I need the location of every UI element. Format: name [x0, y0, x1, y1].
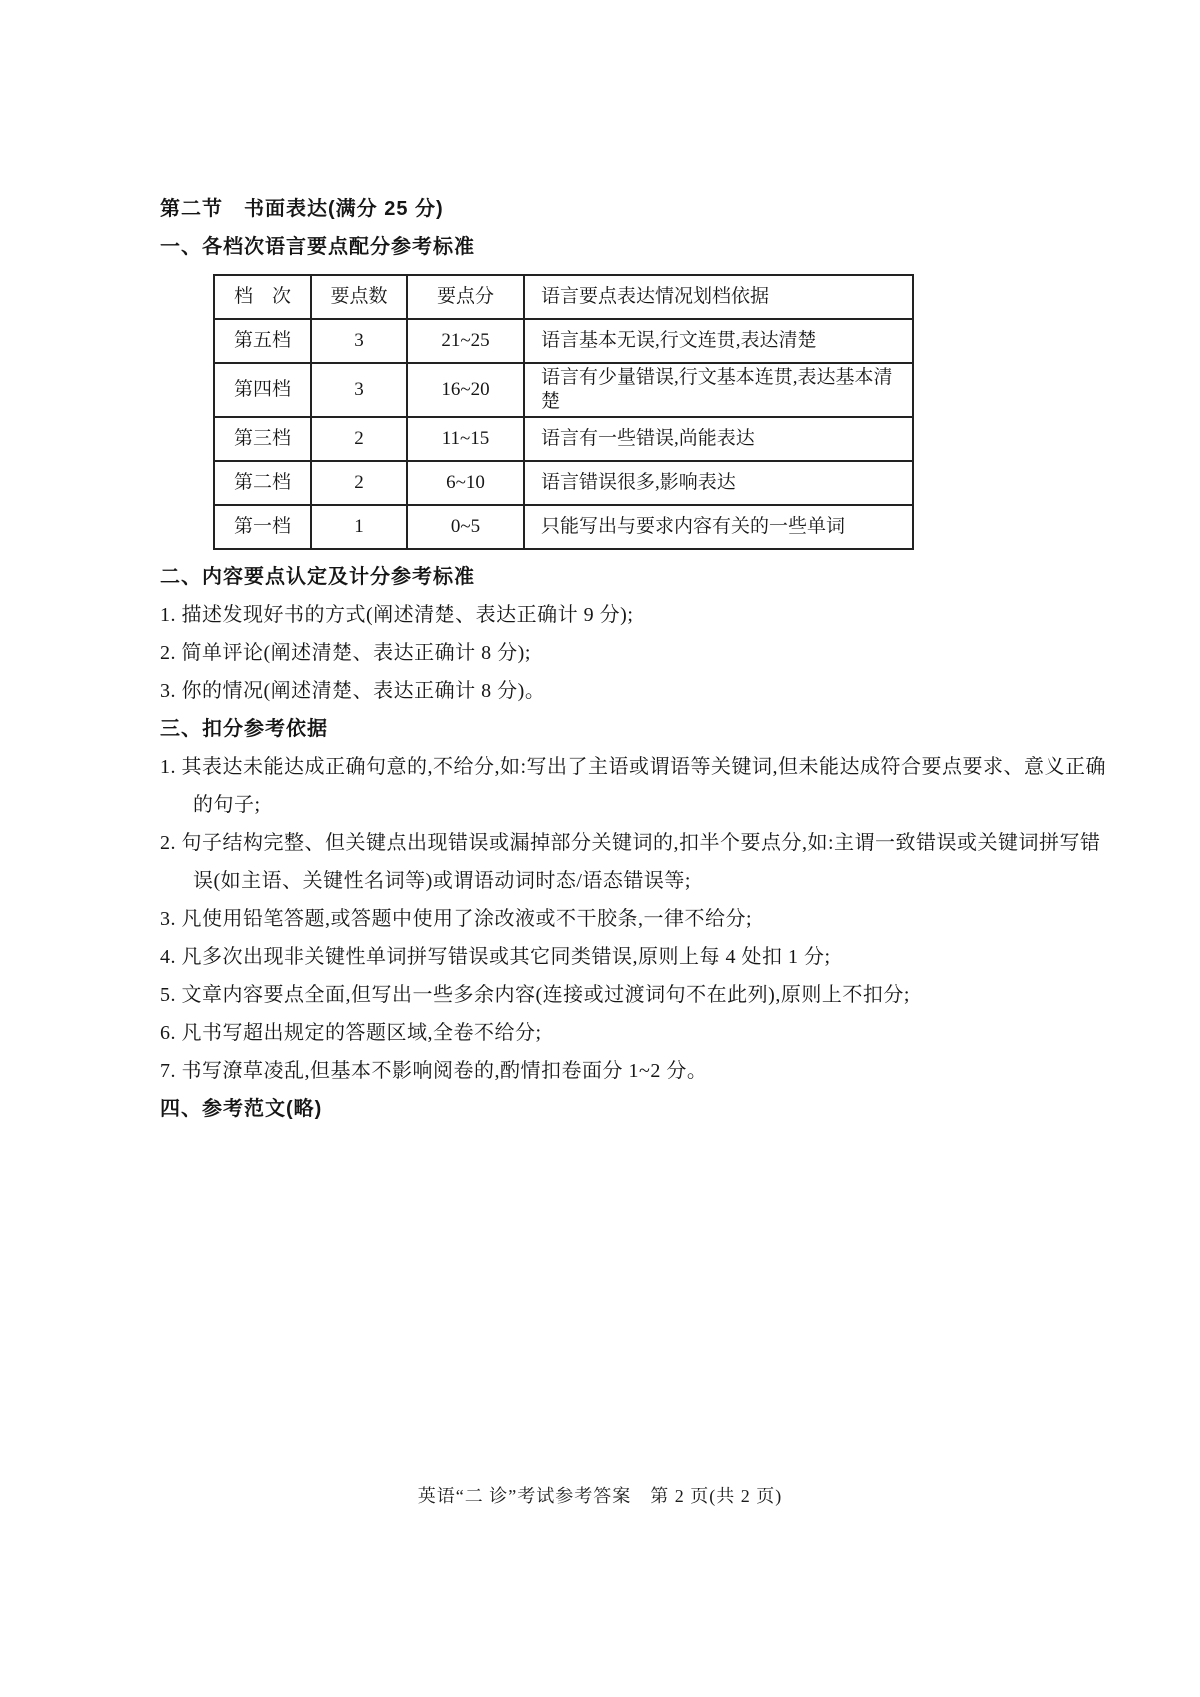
part3-item: 4. 凡多次出现非关键性单词拼写错误或其它同类错误,原则上每 4 处扣 1 分; — [160, 938, 1110, 976]
cell-points-score: 0~5 — [407, 505, 524, 549]
document-page: 第二节 书面表达(满分 25 分) 一、各档次语言要点配分参考标准 档 次 要点… — [0, 0, 1200, 1697]
cell-level: 第二档 — [214, 461, 311, 505]
header-cell-points-count: 要点数 — [311, 275, 407, 319]
cell-level: 第四档 — [214, 363, 311, 417]
part2-item: 1. 描述发现好书的方式(阐述清楚、表达正确计 9 分); — [160, 596, 1110, 634]
table-row: 第四档 3 16~20 语言有少量错误,行文基本连贯,表达基本清楚 — [214, 363, 913, 417]
cell-points-score: 11~15 — [407, 417, 524, 461]
cell-points-score: 16~20 — [407, 363, 524, 417]
table-row: 第二档 2 6~10 语言错误很多,影响表达 — [214, 461, 913, 505]
part3-item: 6. 凡书写超出规定的答题区域,全卷不给分; — [160, 1014, 1110, 1052]
part3-item: 7. 书写潦草凌乱,但基本不影响阅卷的,酌情扣卷面分 1~2 分。 — [160, 1052, 1110, 1090]
cell-criteria: 只能写出与要求内容有关的一些单词 — [524, 505, 913, 549]
header-cell-criteria: 语言要点表达情况划档依据 — [524, 275, 913, 319]
cell-points-count: 3 — [311, 363, 407, 417]
part2-heading: 二、内容要点认定及计分参考标准 — [160, 558, 1110, 596]
part3-item: 1. 其表达未能达成正确句意的,不给分,如:写出了主语或谓语等关键词,但未能达成… — [160, 748, 1110, 824]
table-row: 第三档 2 11~15 语言有一些错误,尚能表达 — [214, 417, 913, 461]
table-row: 第五档 3 21~25 语言基本无误,行文连贯,表达清楚 — [214, 319, 913, 363]
part4-heading: 四、参考范文(略) — [160, 1090, 1110, 1128]
table-header: 档 次 要点数 要点分 语言要点表达情况划档依据 — [214, 275, 913, 319]
part3-item: 2. 句子结构完整、但关键点出现错误或漏掉部分关键词的,扣半个要点分,如:主谓一… — [160, 824, 1110, 900]
cell-criteria: 语言有少量错误,行文基本连贯,表达基本清楚 — [524, 363, 913, 417]
scoring-criteria-table: 档 次 要点数 要点分 语言要点表达情况划档依据 第五档 3 21~25 语言基… — [213, 274, 914, 550]
document-content: 第二节 书面表达(满分 25 分) 一、各档次语言要点配分参考标准 档 次 要点… — [160, 190, 1110, 1128]
part3-heading: 三、扣分参考依据 — [160, 710, 1110, 748]
part2-item: 3. 你的情况(阐述清楚、表达正确计 8 分)。 — [160, 672, 1110, 710]
cell-points-score: 6~10 — [407, 461, 524, 505]
table-header-row: 档 次 要点数 要点分 语言要点表达情况划档依据 — [214, 275, 913, 319]
cell-level: 第一档 — [214, 505, 311, 549]
cell-level: 第三档 — [214, 417, 311, 461]
table-body: 第五档 3 21~25 语言基本无误,行文连贯,表达清楚 第四档 3 16~20… — [214, 319, 913, 549]
cell-points-count: 3 — [311, 319, 407, 363]
cell-points-count: 2 — [311, 461, 407, 505]
cell-criteria: 语言基本无误,行文连贯,表达清楚 — [524, 319, 913, 363]
header-cell-points-score: 要点分 — [407, 275, 524, 319]
part2-item: 2. 简单评论(阐述清楚、表达正确计 8 分); — [160, 634, 1110, 672]
part1-heading: 一、各档次语言要点配分参考标准 — [160, 228, 1110, 266]
part3-item: 3. 凡使用铅笔答题,或答题中使用了涂改液或不干胶条,一律不给分; — [160, 900, 1110, 938]
page-footer: 英语“二 诊”考试参考答案 第 2 页(共 2 页) — [0, 1482, 1200, 1508]
cell-level: 第五档 — [214, 319, 311, 363]
table-row: 第一档 1 0~5 只能写出与要求内容有关的一些单词 — [214, 505, 913, 549]
header-cell-level: 档 次 — [214, 275, 311, 319]
section-title: 第二节 书面表达(满分 25 分) — [160, 190, 1110, 228]
cell-points-count: 1 — [311, 505, 407, 549]
cell-points-count: 2 — [311, 417, 407, 461]
part3-item: 5. 文章内容要点全面,但写出一些多余内容(连接或过渡词句不在此列),原则上不扣… — [160, 976, 1110, 1014]
cell-points-score: 21~25 — [407, 319, 524, 363]
cell-criteria: 语言有一些错误,尚能表达 — [524, 417, 913, 461]
cell-criteria: 语言错误很多,影响表达 — [524, 461, 913, 505]
